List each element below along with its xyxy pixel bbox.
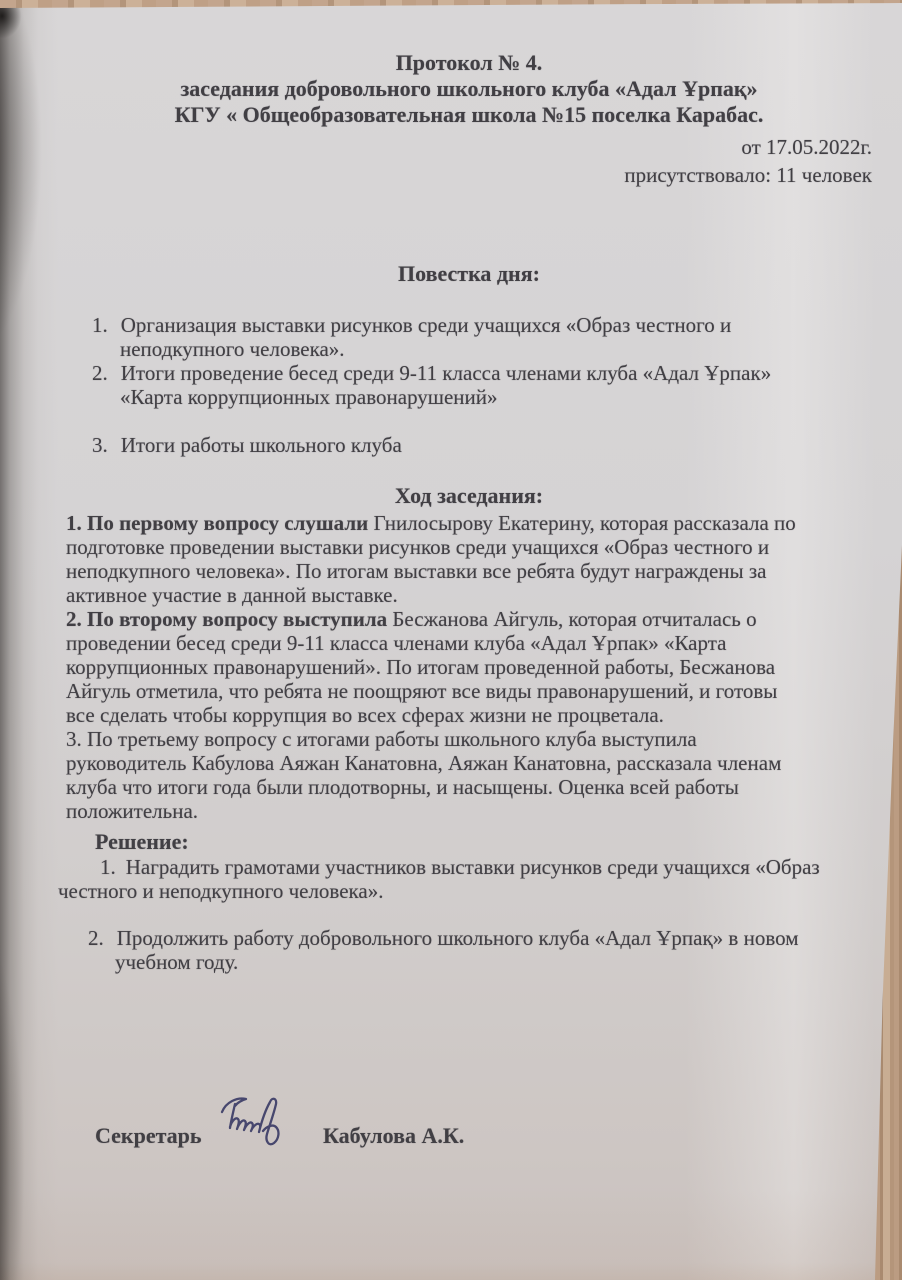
paragraph-2-lead: 2. По второму вопросу выступила — [66, 607, 392, 631]
agenda-list: 1.Организация выставки рисунков среди уч… — [66, 313, 872, 457]
proceedings-paragraph-3: 3. По третьему вопросу с итогами работы … — [66, 727, 872, 823]
decision-item-1-number: 1. — [100, 855, 116, 879]
document-date: от 17.05.2022г. — [66, 133, 872, 161]
proceedings-paragraph-2: 2. По второму вопросу выступила Бесжанов… — [66, 607, 872, 727]
title-line-3: КГУ « Общеобразовательная школа №15 посе… — [66, 102, 872, 128]
agenda-item-2-number: 2. — [92, 361, 108, 385]
attendance-count: присутствовало: 11 человек — [66, 161, 872, 189]
decision-item-2: 2.Продолжить работу добровольного школьн… — [115, 926, 872, 974]
proceedings-body: 1. По первому вопросу слушали Гнилосыров… — [66, 511, 872, 823]
proceedings-heading: Ход заседания: — [66, 483, 872, 509]
agenda-item-3-text: Итоги работы школьного клуба — [121, 433, 402, 457]
paragraph-3-text: 3. По третьему вопросу с итогами работы … — [66, 727, 781, 823]
signature-name: Кабулова А.К. — [323, 1124, 464, 1148]
title-line-1: Протокол № 4. — [66, 50, 872, 76]
table-edge-right — [875, 545, 902, 1280]
agenda-item-1: 1.Организация выставки рисунков среди уч… — [120, 313, 872, 361]
agenda-item-2-text: Итоги проведение бесед среди 9-11 класса… — [120, 361, 771, 409]
scanned-protocol-document: Протокол № 4. заседания добровольного шк… — [0, 0, 902, 1280]
agenda-item-1-text: Организация выставки рисунков среди учащ… — [120, 313, 731, 361]
decision-item-1-text: Наградить грамотами участников выставки … — [58, 855, 820, 903]
agenda-item-3-number: 3. — [92, 433, 108, 457]
agenda-heading: Повестка дня: — [66, 261, 872, 287]
paper-bottom-shading — [0, 1190, 902, 1280]
decision-item-2-text: Продолжить работу добровольного школьног… — [115, 926, 798, 974]
document-meta: от 17.05.2022г. присутствовало: 11 челов… — [66, 133, 872, 189]
handwritten-signature — [212, 1088, 308, 1156]
agenda-item-1-number: 1. — [92, 313, 108, 337]
signature-row: Секретарь Кабулова А.К. — [66, 1104, 872, 1190]
signature-role: Секретарь — [95, 1124, 202, 1148]
paper-left-edge-shadow — [0, 0, 60, 1280]
decision-item-1: 1.Наградить грамотами участников выставк… — [58, 855, 872, 903]
title-line-2: заседания добровольного школьного клуба … — [66, 76, 872, 102]
document-title: Протокол № 4. заседания добровольного шк… — [66, 50, 872, 128]
agenda-item-2: 2.Итоги проведение бесед среди 9-11 клас… — [120, 361, 872, 409]
agenda-item-3: 3.Итоги работы школьного клуба — [120, 433, 872, 457]
decision-heading: Решение: — [95, 829, 872, 855]
proceedings-paragraph-1: 1. По первому вопросу слушали Гнилосыров… — [66, 511, 872, 607]
decision-item-2-number: 2. — [88, 926, 104, 950]
paragraph-1-lead: 1. По первому вопросу слушали — [66, 511, 373, 535]
document-content: Протокол № 4. заседания добровольного шк… — [66, 0, 872, 1190]
